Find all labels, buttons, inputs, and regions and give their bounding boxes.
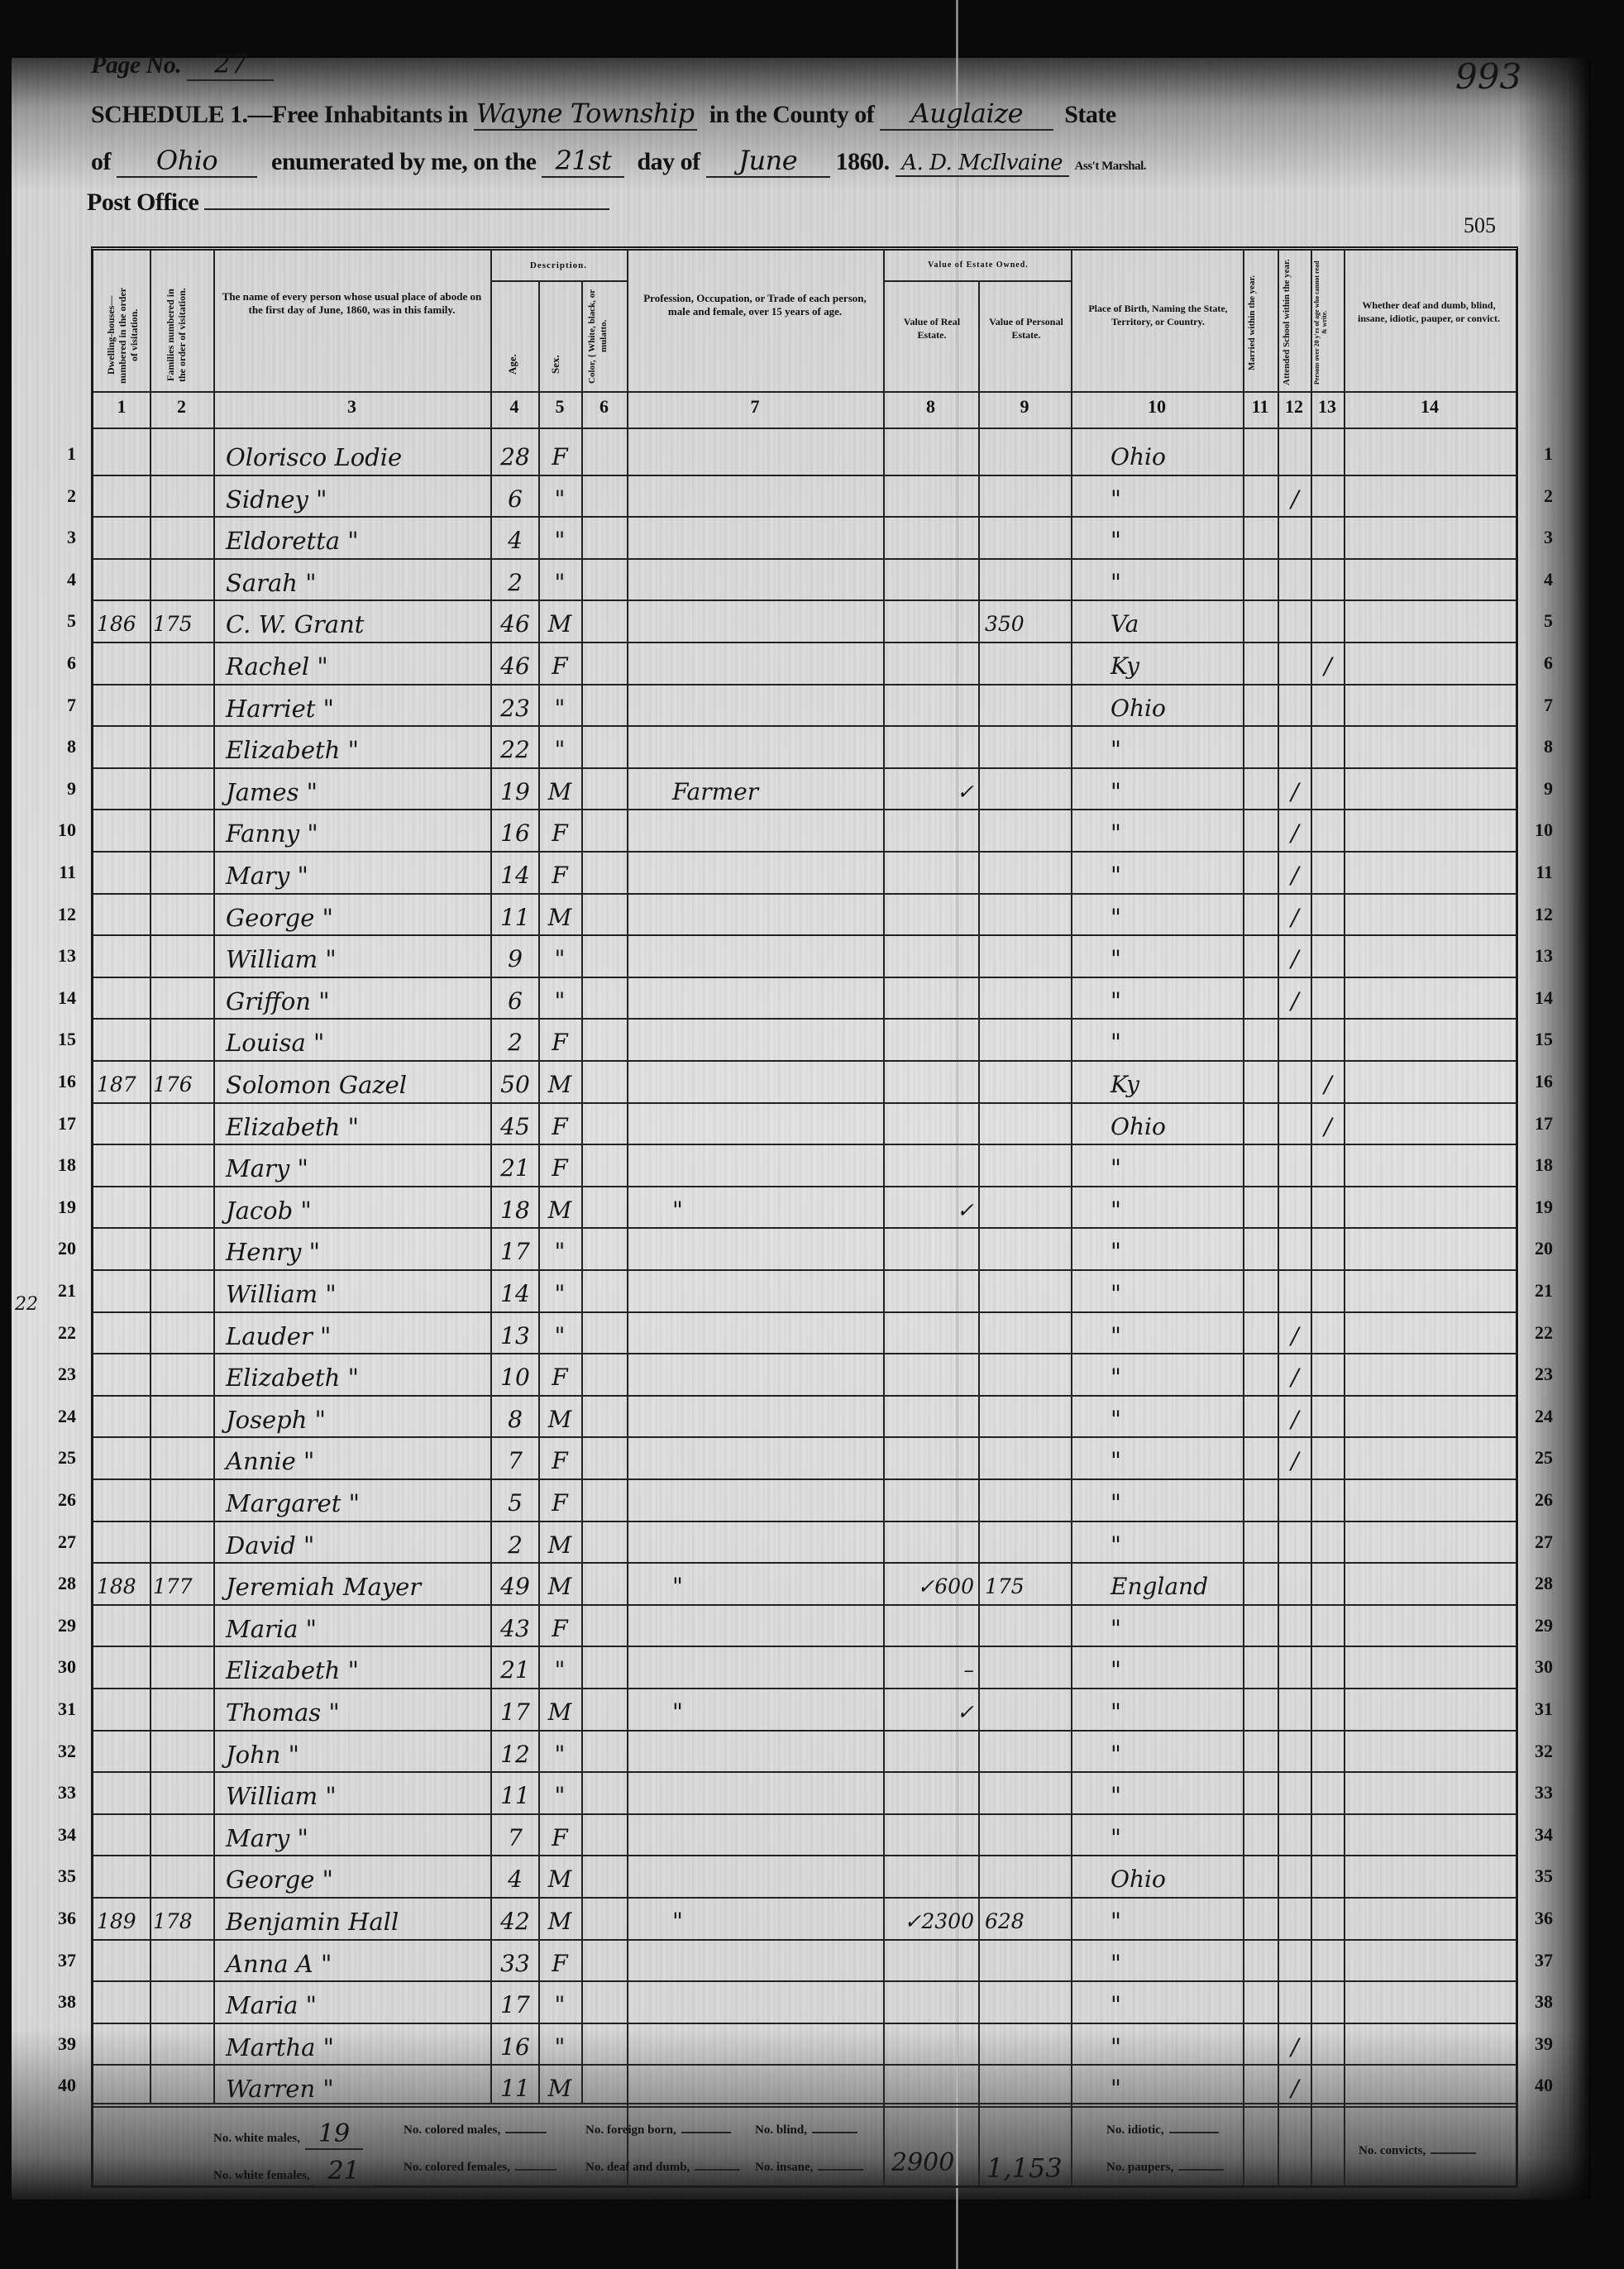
dwelling-number	[97, 1438, 148, 1479]
col9-header: Value of Personal Estate.	[983, 315, 1069, 342]
attended-school: /	[1279, 936, 1311, 977]
cannot-read-write	[1312, 1982, 1344, 2023]
sex: M	[540, 1689, 580, 1731]
attended-school: /	[1279, 476, 1311, 518]
attended-school	[1279, 1606, 1311, 1647]
table-row: Mary " 7 F "	[93, 1815, 1516, 1857]
row-number-right: 35	[1520, 1865, 1553, 1887]
person-name: Henry "	[226, 1229, 486, 1270]
married-within-year	[1244, 1438, 1278, 1479]
person-name: Margaret "	[226, 1480, 486, 1521]
person-name: Louisa "	[226, 1020, 486, 1061]
attended-school	[1279, 1187, 1311, 1229]
family-number: 176	[153, 1062, 211, 1103]
birth-place: "	[1111, 1773, 1239, 1814]
table-row: Louisa " 2 F "	[93, 1020, 1516, 1062]
personal-estate-value: 350	[985, 601, 1068, 642]
person-name: Harriet "	[226, 685, 486, 727]
married-within-year	[1244, 1606, 1278, 1647]
person-name: Annie "	[226, 1438, 486, 1479]
personal-estate-value	[985, 1480, 1068, 1521]
age: 7	[494, 1438, 537, 1479]
married-within-year	[1244, 1020, 1278, 1061]
sex: "	[540, 1732, 580, 1773]
person-name: William "	[226, 936, 486, 977]
sex: M	[540, 1062, 580, 1103]
sex: "	[540, 2024, 580, 2066]
age: 16	[494, 2024, 537, 2066]
family-number	[153, 560, 211, 601]
cannot-read-write: /	[1312, 643, 1344, 685]
row-number-left: 14	[43, 987, 76, 1009]
person-name: George "	[226, 1856, 486, 1898]
family-number	[153, 1354, 211, 1396]
married-within-year	[1244, 936, 1278, 977]
attended-school	[1279, 1522, 1311, 1564]
page-number: 27	[187, 48, 274, 81]
family-number: 175	[153, 601, 211, 642]
table-row: 187 176 Solomon Gazel 50 M Ky /	[93, 1062, 1516, 1104]
family-number	[153, 1145, 211, 1187]
family-number: 178	[153, 1899, 211, 1940]
colnum-9: 9	[978, 396, 1071, 418]
family-number	[153, 1773, 211, 1814]
cannot-read-write	[1312, 978, 1344, 1020]
col10-header: Place of Birth, Naming the State, Territ…	[1077, 302, 1239, 328]
sex: M	[540, 1564, 580, 1605]
person-name: Mary "	[226, 1815, 486, 1856]
person-name: Martha "	[226, 2024, 486, 2066]
personal-estate-value	[985, 1689, 1068, 1731]
family-number	[153, 1271, 211, 1312]
real-estate-value	[854, 1732, 974, 1773]
birth-place: "	[1111, 1229, 1239, 1270]
table-row: Joseph " 8 M " /	[93, 1397, 1516, 1439]
table-row: Rachel " 46 F Ky /	[93, 643, 1516, 685]
married-within-year	[1244, 1397, 1278, 1438]
color	[583, 1773, 624, 1814]
married-within-year	[1244, 853, 1278, 894]
occupation	[672, 434, 879, 475]
real-estate-value	[854, 1438, 974, 1479]
row-number-right: 32	[1520, 1741, 1553, 1762]
birth-place: "	[1111, 1522, 1239, 1564]
occupation	[672, 1522, 879, 1564]
personal-estate-value	[985, 1606, 1068, 1647]
cannot-read-write	[1312, 1187, 1344, 1229]
color	[583, 1564, 624, 1605]
attended-school	[1279, 685, 1311, 727]
sex: "	[540, 1647, 580, 1689]
dwelling-number	[97, 1815, 148, 1856]
color	[583, 1271, 624, 1312]
color	[583, 1941, 624, 1982]
row-number-left: 40	[43, 2075, 76, 2096]
sex: "	[540, 936, 580, 977]
birth-place: Ohio	[1111, 685, 1239, 727]
row-number-right: 3	[1520, 527, 1553, 548]
age: 14	[494, 1271, 537, 1312]
sex: F	[540, 1606, 580, 1647]
table-row: John " 12 " "	[93, 1732, 1516, 1774]
person-name: Warren "	[226, 2066, 486, 2107]
sex: M	[540, 1856, 580, 1898]
occupation	[672, 2066, 879, 2107]
birth-place: "	[1111, 1815, 1239, 1856]
attended-school: /	[1279, 769, 1311, 810]
row-number-left: 35	[43, 1865, 76, 1887]
deaf-dumb-field: No. deaf and dumb,	[585, 2161, 740, 2175]
attended-school	[1279, 1815, 1311, 1856]
foreign-born-field: No. foreign born,	[585, 2123, 731, 2138]
real-estate-value	[854, 1815, 974, 1856]
colored-females-field: No. colored females,	[404, 2161, 556, 2175]
row-number-right: 4	[1520, 569, 1553, 590]
colnum-12: 12	[1278, 396, 1311, 418]
age: 16	[494, 810, 537, 852]
birth-place: "	[1111, 936, 1239, 977]
white-females-field: No. white females,21	[213, 2157, 373, 2187]
table-row: Martha " 16 " " /	[93, 2024, 1516, 2066]
married-within-year	[1244, 1480, 1278, 1521]
personal-estate-value	[985, 1271, 1068, 1312]
attended-school	[1279, 1104, 1311, 1145]
occupation	[672, 1856, 879, 1898]
attended-school: /	[1279, 1313, 1311, 1354]
age: 23	[494, 685, 537, 727]
birth-place: "	[1111, 1982, 1239, 2023]
occupation	[672, 518, 879, 559]
insane-value	[818, 2169, 863, 2171]
birth-place: "	[1111, 476, 1239, 518]
cannot-read-write	[1312, 1564, 1344, 1605]
row-number-right: 26	[1520, 1489, 1553, 1511]
personal-estate-value	[985, 1020, 1068, 1061]
row-number-left: 37	[43, 1950, 76, 1971]
occupation	[672, 2024, 879, 2066]
description-group-rule	[490, 280, 627, 282]
row-number-right: 22	[1520, 1322, 1553, 1344]
occupation	[672, 1104, 879, 1145]
post-office-field	[204, 208, 609, 210]
family-number	[153, 1941, 211, 1982]
family-number	[153, 643, 211, 685]
colnum-2: 2	[150, 396, 213, 418]
row-number-right: 27	[1520, 1531, 1553, 1553]
real-estate-value	[854, 1313, 974, 1354]
color	[583, 560, 624, 601]
color	[583, 476, 624, 518]
row-number-right: 23	[1520, 1364, 1553, 1385]
occupation: "	[672, 1899, 879, 1940]
age: 18	[494, 1187, 537, 1229]
sex: M	[540, 769, 580, 810]
sex: F	[540, 1815, 580, 1856]
colnum-13: 13	[1311, 396, 1344, 418]
color	[583, 434, 624, 475]
person-name: Joseph "	[226, 1397, 486, 1438]
color	[583, 1522, 624, 1564]
person-name: Jacob "	[226, 1187, 486, 1229]
cannot-read-write	[1312, 1689, 1344, 1731]
footer-rule	[93, 2103, 1516, 2109]
paupers-label: No. paupers,	[1106, 2161, 1173, 2174]
dwelling-number	[97, 1397, 148, 1438]
age: 6	[494, 978, 537, 1020]
sex: M	[540, 1522, 580, 1564]
married-within-year	[1244, 1564, 1278, 1605]
real-estate-value: ✓2300	[854, 1899, 974, 1940]
table-row: Elizabeth " 45 F Ohio /	[93, 1104, 1516, 1146]
row-number-left: 7	[43, 695, 76, 716]
birth-place: "	[1111, 1438, 1239, 1479]
row-number-right: 29	[1520, 1615, 1553, 1636]
row-number-right: 14	[1520, 987, 1553, 1009]
birth-place: "	[1111, 1313, 1239, 1354]
dwelling-number	[97, 1229, 148, 1270]
sex: F	[540, 1104, 580, 1145]
dwelling-number	[97, 895, 148, 936]
idiotic-field: No. idiotic,	[1106, 2123, 1219, 2138]
personal-estate-value	[985, 1187, 1068, 1229]
row-number-right: 9	[1520, 778, 1553, 800]
row-number-left: 34	[43, 1824, 76, 1846]
age: 45	[494, 1104, 537, 1145]
row-number-right: 12	[1520, 904, 1553, 925]
page-stamp-lower: 505	[1464, 213, 1496, 238]
person-name: Maria "	[226, 1982, 486, 2023]
attended-school: /	[1279, 1354, 1311, 1396]
dwelling-number	[97, 853, 148, 894]
dwelling-number	[97, 1480, 148, 1521]
blind-field: No. blind,	[755, 2123, 857, 2138]
family-number	[153, 1313, 211, 1354]
col6-header: Color, { White, black, or mulatto.	[586, 285, 623, 387]
table-row: William " 11 " "	[93, 1773, 1516, 1815]
idiotic-label: No. idiotic,	[1106, 2123, 1164, 2137]
cannot-read-write	[1312, 601, 1344, 642]
birth-place: "	[1111, 2066, 1239, 2107]
age: 22	[494, 727, 537, 768]
attended-school	[1279, 1732, 1311, 1773]
dwelling-number: 186	[97, 601, 148, 642]
sex: F	[540, 643, 580, 685]
row-number-right: 15	[1520, 1029, 1553, 1050]
occupation	[672, 978, 879, 1020]
color	[583, 601, 624, 642]
row-number-left: 25	[43, 1447, 76, 1469]
dwelling-number	[97, 1104, 148, 1145]
sex: "	[540, 476, 580, 518]
cannot-read-write	[1312, 1606, 1344, 1647]
cannot-read-write	[1312, 1313, 1344, 1354]
dwelling-number	[97, 643, 148, 685]
table-row: Eldoretta " 4 " "	[93, 518, 1516, 560]
township-field: Wayne Township	[474, 98, 697, 131]
real-estate-value	[854, 476, 974, 518]
row-number-left: 9	[43, 778, 76, 800]
birth-place: "	[1111, 1271, 1239, 1312]
real-estate-value	[854, 2024, 974, 2066]
row-number-left: 29	[43, 1615, 76, 1636]
table-row: James " 19 M Farmer ✓ " /	[93, 769, 1516, 811]
married-within-year	[1244, 810, 1278, 852]
sex: F	[540, 1941, 580, 1982]
cannot-read-write	[1312, 1522, 1344, 1564]
year-label: 1860.	[836, 148, 890, 175]
cannot-read-write	[1312, 1899, 1344, 1940]
attended-school	[1279, 1899, 1311, 1940]
color	[583, 1480, 624, 1521]
real-estate-value	[854, 1145, 974, 1187]
personal-estate-value	[985, 1815, 1068, 1856]
marshal-label: Ass't Marshal.	[1075, 160, 1146, 173]
colnum-4: 4	[490, 396, 538, 418]
row-number-right: 34	[1520, 1824, 1553, 1846]
age: 19	[494, 769, 537, 810]
row-number-right: 33	[1520, 1782, 1553, 1803]
occupation	[672, 1480, 879, 1521]
attended-school	[1279, 434, 1311, 475]
occupation: "	[672, 1689, 879, 1731]
married-within-year	[1244, 1187, 1278, 1229]
table-row: George " 11 M " /	[93, 895, 1516, 937]
post-office-label: Post Office	[87, 189, 198, 216]
family-number	[153, 2024, 211, 2066]
cannot-read-write	[1312, 1271, 1344, 1312]
married-within-year	[1244, 1145, 1278, 1187]
personal-estate-value	[985, 895, 1068, 936]
age: 9	[494, 936, 537, 977]
page-label: Page No.	[91, 51, 181, 79]
table-row: 186 175 C. W. Grant 46 M 350 Va	[93, 601, 1516, 643]
cannot-read-write	[1312, 769, 1344, 810]
row-number-left: 5	[43, 610, 76, 632]
row-number-left: 20	[43, 1238, 76, 1259]
color	[583, 978, 624, 1020]
birth-place: "	[1111, 978, 1239, 1020]
real-estate-value	[854, 1271, 974, 1312]
cannot-read-write	[1312, 936, 1344, 977]
occupation	[672, 1354, 879, 1396]
birth-place: "	[1111, 1647, 1239, 1689]
birth-place: Ohio	[1111, 1104, 1239, 1145]
col3-header: The name of every person whose usual pla…	[222, 290, 482, 317]
paupers-field: No. paupers,	[1106, 2161, 1224, 2175]
married-within-year	[1244, 643, 1278, 685]
occupation	[672, 1606, 879, 1647]
personal-estate-value	[985, 853, 1068, 894]
color	[583, 936, 624, 977]
family-number	[153, 1020, 211, 1061]
birth-place: "	[1111, 1941, 1239, 1982]
dwelling-number	[97, 1647, 148, 1689]
color	[583, 518, 624, 559]
attended-school	[1279, 1145, 1311, 1187]
col4-header: Age.	[507, 342, 527, 387]
row-number-left: 26	[43, 1489, 76, 1511]
family-number	[153, 1104, 211, 1145]
day-of-label: day of	[637, 148, 700, 175]
colored-females-value	[515, 2169, 556, 2171]
color	[583, 1647, 624, 1689]
dwelling-number	[97, 1522, 148, 1564]
value-group-header: Value of Estate Owned.	[887, 259, 1069, 272]
person-name: Solomon Gazel	[226, 1062, 486, 1103]
table-row: Olorisco Lodie 28 F Ohio	[93, 434, 1516, 476]
colnum-10: 10	[1071, 396, 1243, 418]
color	[583, 1354, 624, 1396]
real-estate-value	[854, 895, 974, 936]
row-number-left: 12	[43, 904, 76, 925]
deaf-dumb-value	[695, 2169, 740, 2171]
age: 8	[494, 1397, 537, 1438]
real-estate-value	[854, 1354, 974, 1396]
family-number	[153, 727, 211, 768]
attended-school	[1279, 1856, 1311, 1898]
white-males-field: No. white males,19	[213, 2119, 363, 2150]
attended-school	[1279, 1982, 1311, 2023]
color	[583, 810, 624, 852]
person-name: Jeremiah Mayer	[226, 1564, 486, 1605]
real-estate-value	[854, 685, 974, 727]
attended-school	[1279, 1020, 1311, 1061]
cannot-read-write	[1312, 1941, 1344, 1982]
person-name: Elizabeth "	[226, 1104, 486, 1145]
sex: "	[540, 1271, 580, 1312]
real-estate-value: ✓	[854, 1689, 974, 1731]
col5-header: Sex.	[550, 342, 570, 387]
attended-school	[1279, 1647, 1311, 1689]
personal-estate-value	[985, 1104, 1068, 1145]
colnum-rule	[93, 428, 1516, 433]
dwelling-number	[97, 434, 148, 475]
occupation	[672, 1271, 879, 1312]
foreign-born-label: No. foreign born,	[585, 2123, 676, 2137]
family-number	[153, 978, 211, 1020]
real-estate-value	[854, 518, 974, 559]
age: 21	[494, 1647, 537, 1689]
occupation: "	[672, 1564, 879, 1605]
family-number	[153, 1732, 211, 1773]
row-number-left: 19	[43, 1197, 76, 1218]
white-females-value: 21	[315, 2157, 373, 2187]
row-number-right: 6	[1520, 652, 1553, 674]
census-table: Dwelling-houses—numbered in the order of…	[91, 246, 1518, 2188]
sex: F	[540, 810, 580, 852]
dwelling-number	[97, 1313, 148, 1354]
personal-estate-value	[985, 727, 1068, 768]
real-estate-value: ✓	[854, 769, 974, 810]
attended-school	[1279, 1229, 1311, 1270]
insane-field: No. insane,	[755, 2161, 863, 2175]
real-estate-value	[854, 1020, 974, 1061]
dwelling-number	[97, 1145, 148, 1187]
birth-place: "	[1111, 895, 1239, 936]
color	[583, 1313, 624, 1354]
table-row: Lauder " 13 " " /	[93, 1313, 1516, 1355]
row-number-left: 21	[43, 1280, 76, 1302]
sex: "	[540, 518, 580, 559]
row-number-left: 33	[43, 1782, 76, 1803]
cannot-read-write	[1312, 518, 1344, 559]
cannot-read-write	[1312, 1856, 1344, 1898]
married-within-year	[1244, 518, 1278, 559]
family-number	[153, 1187, 211, 1229]
row-number-right: 10	[1520, 819, 1553, 841]
day-field: 21st	[542, 145, 624, 178]
cannot-read-write	[1312, 1145, 1344, 1187]
